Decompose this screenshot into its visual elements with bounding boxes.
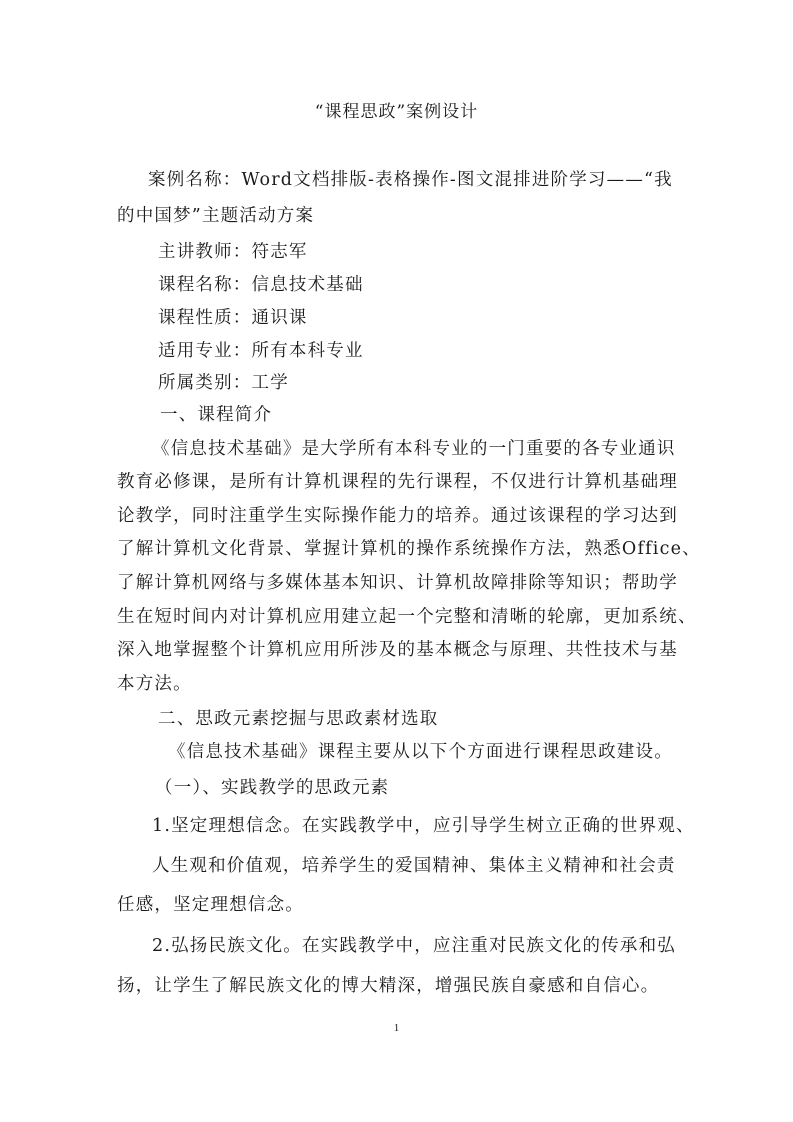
item1-line: 1.坚定理想信念。在实践教学中，应引导学生树立正确的世界观、 — [152, 812, 695, 837]
item1-line: 任感，坚定理想信念。 — [117, 891, 304, 916]
section2-intro: 《信息技术基础》课程主要从以下个方面进行课程思政建设。 — [168, 738, 673, 763]
section1-paragraph-line: 《信息技术基础》是大学所有本科专业的一门重要的各专业通识 — [152, 435, 676, 460]
section1-heading: 一、课程简介 — [160, 401, 272, 426]
course-name-field: 课程名称：信息技术基础 — [158, 271, 364, 296]
case-name-line2: 的中国梦”主题活动方案 — [117, 202, 314, 227]
section1-paragraph-line: 论教学，同时注重学生实际操作能力的培养。通过该课程的学习达到 — [117, 502, 678, 527]
subsection1-heading: （一）、实践教学的思政元素 — [155, 774, 389, 799]
section2-heading: 二、思政元素挖掘与思政素材选取 — [158, 705, 439, 730]
applicable-major-field: 适用专业：所有本科专业 — [158, 337, 364, 362]
course-nature-field: 课程性质：通识课 — [158, 304, 308, 329]
item2-line: 扬，让学生了解民族文化的博大精深，增强民族自豪感和自信心。 — [117, 972, 659, 997]
item2-line: 2.弘扬民族文化。在实践教学中，应注重对民族文化的传承和弘 — [152, 932, 676, 957]
document-page: “课程思政”案例设计 案例名称：Word文档排版-表格操作-图文混排进阶学习——… — [0, 0, 793, 1122]
teacher-field: 主讲教师：符志军 — [158, 238, 308, 263]
category-field: 所属类别：工学 — [158, 369, 289, 394]
document-title: “课程思政”案例设计 — [0, 97, 793, 122]
section1-paragraph-line: 了解计算机网络与多媒体基本知识、计算机故障排除等知识；帮助学 — [117, 569, 678, 594]
section1-paragraph-line: 本方法。 — [117, 670, 192, 695]
section1-paragraph-line: 了解计算机文化背景、掌握计算机的操作系统操作方法，熟悉Office、 — [117, 535, 701, 560]
section1-paragraph-line: 教育必修课，是所有计算机课程的先行课程，不仅进行计算机基础理 — [117, 468, 678, 493]
item1-line: 人生观和价值观，培养学生的爱国精神、集体主义精神和社会责 — [152, 852, 676, 877]
case-name-line1: 案例名称：Word文档排版-表格操作-图文混排进阶学习——“我 — [148, 166, 673, 191]
section1-paragraph-line: 深入地掌握整个计算机应用所涉及的基本概念与原理、共性技术与基 — [117, 636, 678, 661]
section1-paragraph-line: 生在短时间内对计算机应用建立起一个完整和清晰的轮廓，更加系统、 — [117, 603, 697, 628]
page-number: 1 — [0, 1022, 793, 1034]
